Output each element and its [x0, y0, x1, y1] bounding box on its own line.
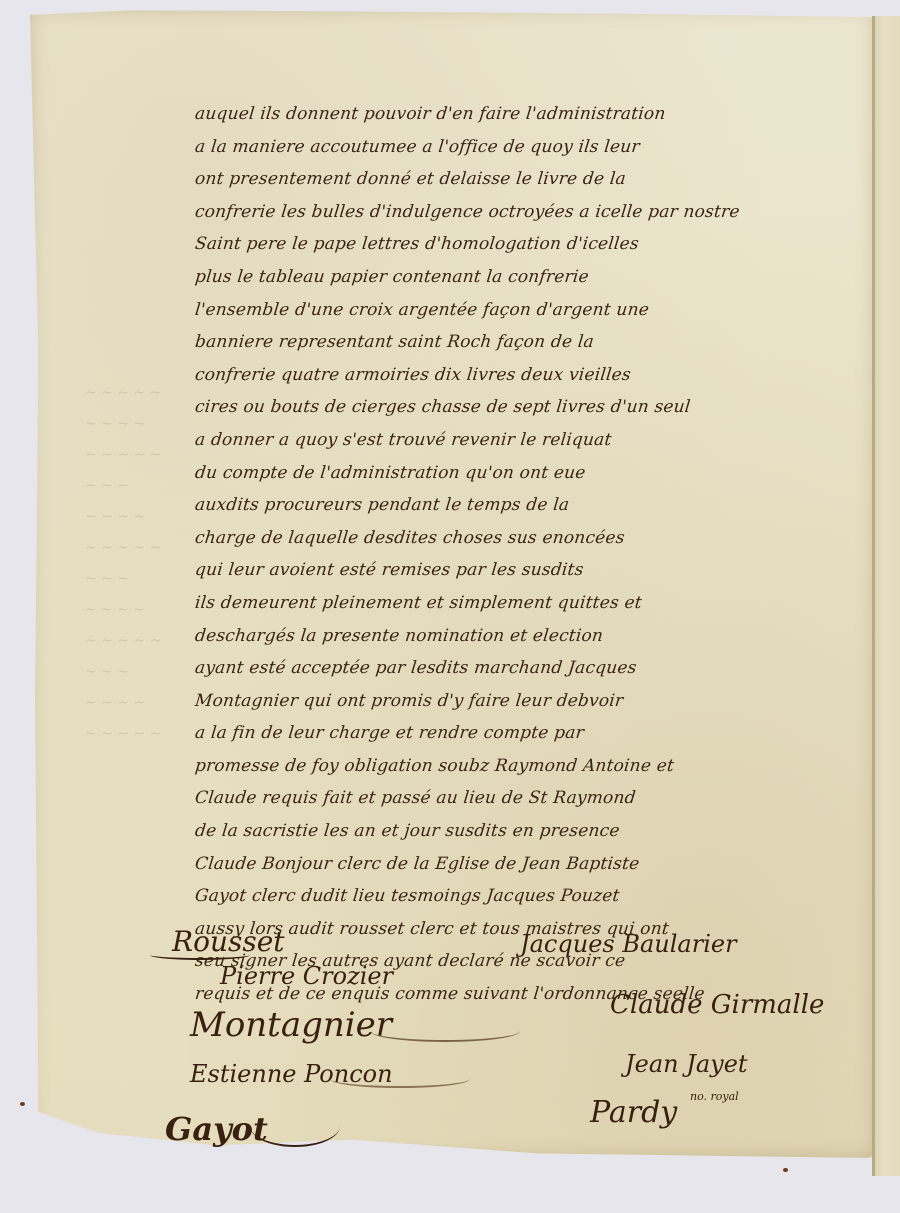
text-line: a la fin de leur charge et rendre compte…	[193, 717, 876, 750]
text-line: Gayot clerc dudit lieu tesmoings Jacques…	[193, 880, 876, 913]
ink-spot	[20, 1102, 25, 1106]
signature-claude-girmalle: Claude Girmalle	[610, 990, 824, 1020]
text-line: auxdits procureurs pendant le temps de l…	[193, 489, 876, 522]
text-line: charge de laquelle desdites choses sus e…	[193, 522, 876, 555]
signature-flourish	[250, 1105, 340, 1147]
text-line: l'ensemble d'une croix argentée façon d'…	[193, 294, 876, 327]
text-line: auquel ils donnent pouvoir d'en faire l'…	[193, 98, 876, 131]
text-line: Claude Bonjour clerc de la Eglise de Jea…	[193, 848, 876, 881]
text-line: Montagnier qui ont promis d'y faire leur…	[193, 685, 876, 718]
text-line: du compte de l'administration qu'on ont …	[193, 457, 876, 490]
text-line: a la maniere accoutumee a l'office de qu…	[193, 131, 876, 164]
text-line: deschargés la presente nomination et ele…	[193, 620, 876, 653]
text-line: banniere representant saint Roch façon d…	[193, 326, 876, 359]
text-line: qui leur avoient esté remises par les su…	[193, 554, 876, 587]
ink-bleed-through: ~ ~ ~ ~ ~~ ~ ~ ~~ ~ ~ ~ ~~ ~ ~ ~ ~ ~ ~~ …	[85, 378, 195, 750]
adjacent-page-edge	[872, 16, 900, 1176]
text-line: confrerie les bulles d'indulgence octroy…	[193, 196, 876, 229]
text-line: ayant esté acceptée par lesdits marchand…	[193, 652, 876, 685]
text-line: confrerie quatre armoiries dix livres de…	[193, 359, 876, 392]
text-line: cires ou bouts de cierges chasse de sept…	[193, 391, 876, 424]
manuscript-body: auquel ils donnent pouvoir d'en faire l'…	[195, 98, 875, 1011]
text-line: promesse de foy obligation soubz Raymond…	[193, 750, 876, 783]
text-line: a donner a quoy s'est trouvé revenir le …	[193, 424, 876, 457]
text-line: ont presentement donné et delaisse le li…	[193, 163, 876, 196]
text-line: de la sacristie les an et jour susdits e…	[193, 815, 876, 848]
signature-montagnier: Montagnier	[190, 1005, 392, 1045]
notary-annotation: no. royal	[690, 1090, 739, 1103]
text-line: Saint pere le pape lettres d'homologatio…	[193, 228, 876, 261]
signature-jean-jayet: Jean Jayet	[625, 1050, 748, 1078]
signature-flourish	[370, 1020, 520, 1042]
text-line: ils demeurent pleinement et simplement q…	[193, 587, 876, 620]
signature-pierre-crozier: Pierre Crozier	[220, 962, 393, 990]
signature-pardy: Pardy	[590, 1095, 677, 1130]
signature-flourish	[150, 950, 250, 960]
signature-jacques-baularier: Jacques Baularier	[520, 930, 737, 958]
signature-flourish	[330, 1070, 470, 1088]
text-line: plus le tableau papier contenant la conf…	[193, 261, 876, 294]
text-line: Claude requis fait et passé au lieu de S…	[193, 782, 876, 815]
ink-spot	[783, 1168, 788, 1172]
